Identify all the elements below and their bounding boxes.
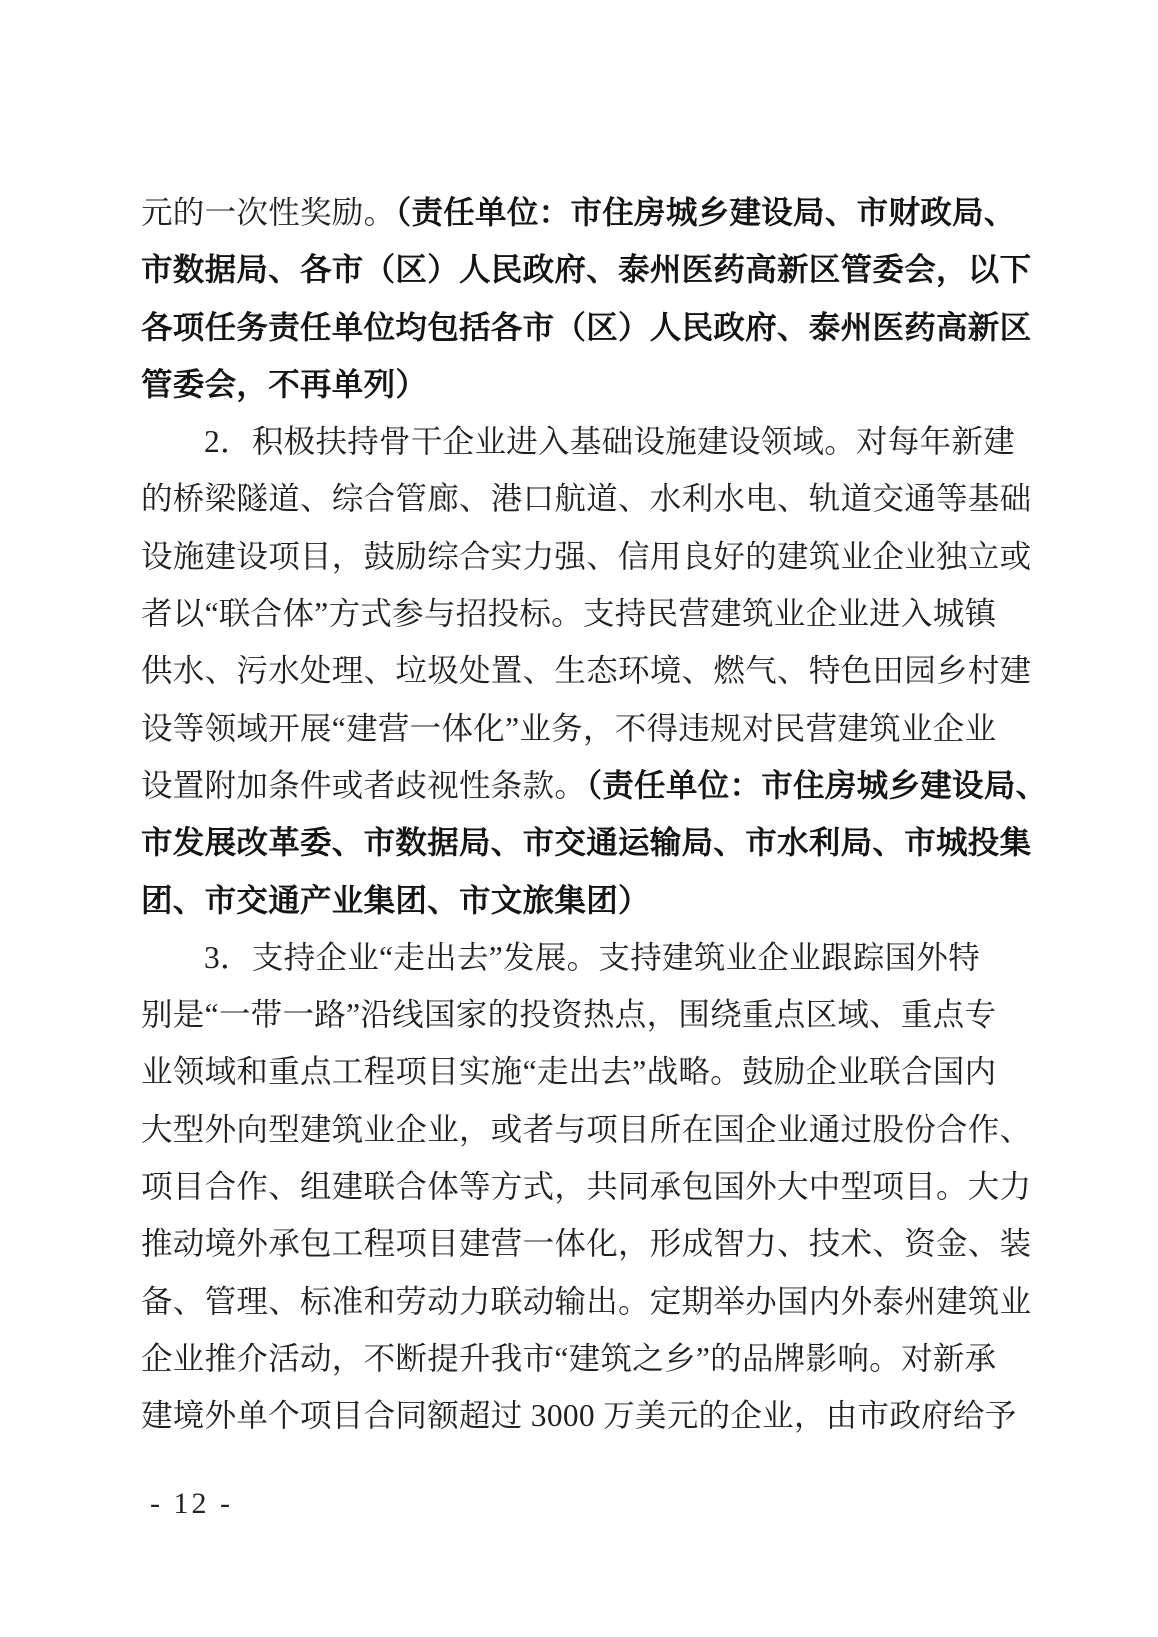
page-number: - 12 -	[150, 1487, 233, 1521]
body-text: 大型外向型建筑业企业，或者与项目所在国企业通过股份合作、	[141, 1112, 1031, 1147]
text-line: 设置附加条件或者歧视性条款。（责任单位：市住房城乡建设局、	[141, 757, 1027, 814]
text-line: 别是“一带一路”沿线国家的投资热点，围绕重点区域、重点专	[141, 986, 1027, 1043]
body-text: 设等领域开展“建营一体化”业务，不得违规对民营建筑业企业	[141, 711, 996, 746]
body-text: 建境外单个项目合同额超过 3000 万美元的企业，由市政府给予	[141, 1398, 1017, 1433]
text-line: 者以“联合体”方式参与招投标。支持民营建筑业企业进入城镇	[141, 585, 1027, 642]
text-line: 市发展改革委、市数据局、市交通运输局、市水利局、市城投集	[141, 814, 1027, 871]
body-text: 企业推介活动，不断提升我市“建筑之乡”的品牌影响。对新承	[141, 1341, 996, 1376]
responsibility-unit-text: 团、市交通产业集团、市文旅集团）	[141, 883, 650, 918]
responsibility-unit-text: （责任单位：市住房城乡建设局、	[586, 768, 1047, 803]
responsibility-unit-text: 市数据局、各市（区）人民政府、泰州医药高新区管委会，以下	[141, 252, 1031, 287]
body-text: 项目合作、组建联合体等方式，共同承包国外大中型项目。大力	[141, 1169, 1031, 1204]
text-line: 团、市交通产业集团、市文旅集团）	[141, 872, 1027, 929]
text-line: 管委会，不再单列）	[141, 356, 1027, 413]
text-line: 大型外向型建筑业企业，或者与项目所在国企业通过股份合作、	[141, 1101, 1027, 1158]
text-line: 建境外单个项目合同额超过 3000 万美元的企业，由市政府给予	[141, 1387, 1027, 1444]
body-text: 业领域和重点工程项目实施“走出去”战略。鼓励企业联合国内	[141, 1054, 996, 1089]
body-text: 3．支持企业“走出去”发展。支持建筑业企业跟踪国外特	[204, 940, 980, 975]
body-text: 供水、污水处理、垃圾处置、生态环境、燃气、特色田园乡村建	[141, 653, 1031, 688]
document-body: 元的一次性奖励。（责任单位：市住房城乡建设局、市财政局、市数据局、各市（区）人民…	[141, 184, 1027, 1445]
text-line: 元的一次性奖励。（责任单位：市住房城乡建设局、市财政局、	[141, 184, 1027, 241]
text-line: 备、管理、标准和劳动力联动输出。定期举办国内外泰州建筑业	[141, 1273, 1027, 1330]
text-line: 2．积极扶持骨干企业进入基础设施建设领域。对每年新建	[141, 413, 1027, 470]
text-line: 推动境外承包工程项目建营一体化，形成智力、技术、资金、装	[141, 1215, 1027, 1272]
text-line: 的桥梁隧道、综合管廊、港口航道、水利水电、轨道交通等基础	[141, 470, 1027, 527]
text-line: 企业推介活动，不断提升我市“建筑之乡”的品牌影响。对新承	[141, 1330, 1027, 1387]
text-line: 供水、污水处理、垃圾处置、生态环境、燃气、特色田园乡村建	[141, 642, 1027, 699]
text-line: 业领域和重点工程项目实施“走出去”战略。鼓励企业联合国内	[141, 1043, 1027, 1100]
responsibility-unit-text: 各项任务责任单位均包括各市（区）人民政府、泰州医药高新区	[141, 310, 1031, 345]
body-text: 别是“一带一路”沿线国家的投资热点，围绕重点区域、重点专	[141, 997, 996, 1032]
text-line: 项目合作、组建联合体等方式，共同承包国外大中型项目。大力	[141, 1158, 1027, 1215]
document-page: 元的一次性奖励。（责任单位：市住房城乡建设局、市财政局、市数据局、各市（区）人民…	[0, 0, 1158, 1637]
body-text: 者以“联合体”方式参与招投标。支持民营建筑业企业进入城镇	[141, 596, 996, 631]
body-text: 设置附加条件或者歧视性条款。	[141, 768, 586, 803]
body-text: 的桥梁隧道、综合管廊、港口航道、水利水电、轨道交通等基础	[141, 481, 1031, 516]
paragraph-2: 2．积极扶持骨干企业进入基础设施建设领域。对每年新建的桥梁隧道、综合管廊、港口航…	[141, 413, 1027, 929]
body-text: 2．积极扶持骨干企业进入基础设施建设领域。对每年新建	[204, 424, 1015, 459]
text-line: 3．支持企业“走出去”发展。支持建筑业企业跟踪国外特	[141, 929, 1027, 986]
text-line: 各项任务责任单位均包括各市（区）人民政府、泰州医药高新区	[141, 299, 1027, 356]
text-line: 设施建设项目，鼓励综合实力强、信用良好的建筑业企业独立或	[141, 528, 1027, 585]
paragraph-3: 3．支持企业“走出去”发展。支持建筑业企业跟踪国外特别是“一带一路”沿线国家的投…	[141, 929, 1027, 1445]
body-text: 元的一次性奖励。	[141, 195, 395, 230]
body-text: 推动境外承包工程项目建营一体化，形成智力、技术、资金、装	[141, 1226, 1031, 1261]
body-text: 备、管理、标准和劳动力联动输出。定期举办国内外泰州建筑业	[141, 1284, 1031, 1319]
responsibility-unit-text: 市发展改革委、市数据局、市交通运输局、市水利局、市城投集	[141, 825, 1031, 860]
text-line: 设等领域开展“建营一体化”业务，不得违规对民营建筑业企业	[141, 700, 1027, 757]
body-text: 设施建设项目，鼓励综合实力强、信用良好的建筑业企业独立或	[141, 539, 1031, 574]
text-line: 市数据局、各市（区）人民政府、泰州医药高新区管委会，以下	[141, 241, 1027, 298]
paragraph-1-continuation: 元的一次性奖励。（责任单位：市住房城乡建设局、市财政局、市数据局、各市（区）人民…	[141, 184, 1027, 413]
responsibility-unit-text: （责任单位：市住房城乡建设局、市财政局、	[395, 195, 1015, 230]
responsibility-unit-text: 管委会，不再单列）	[141, 367, 427, 402]
